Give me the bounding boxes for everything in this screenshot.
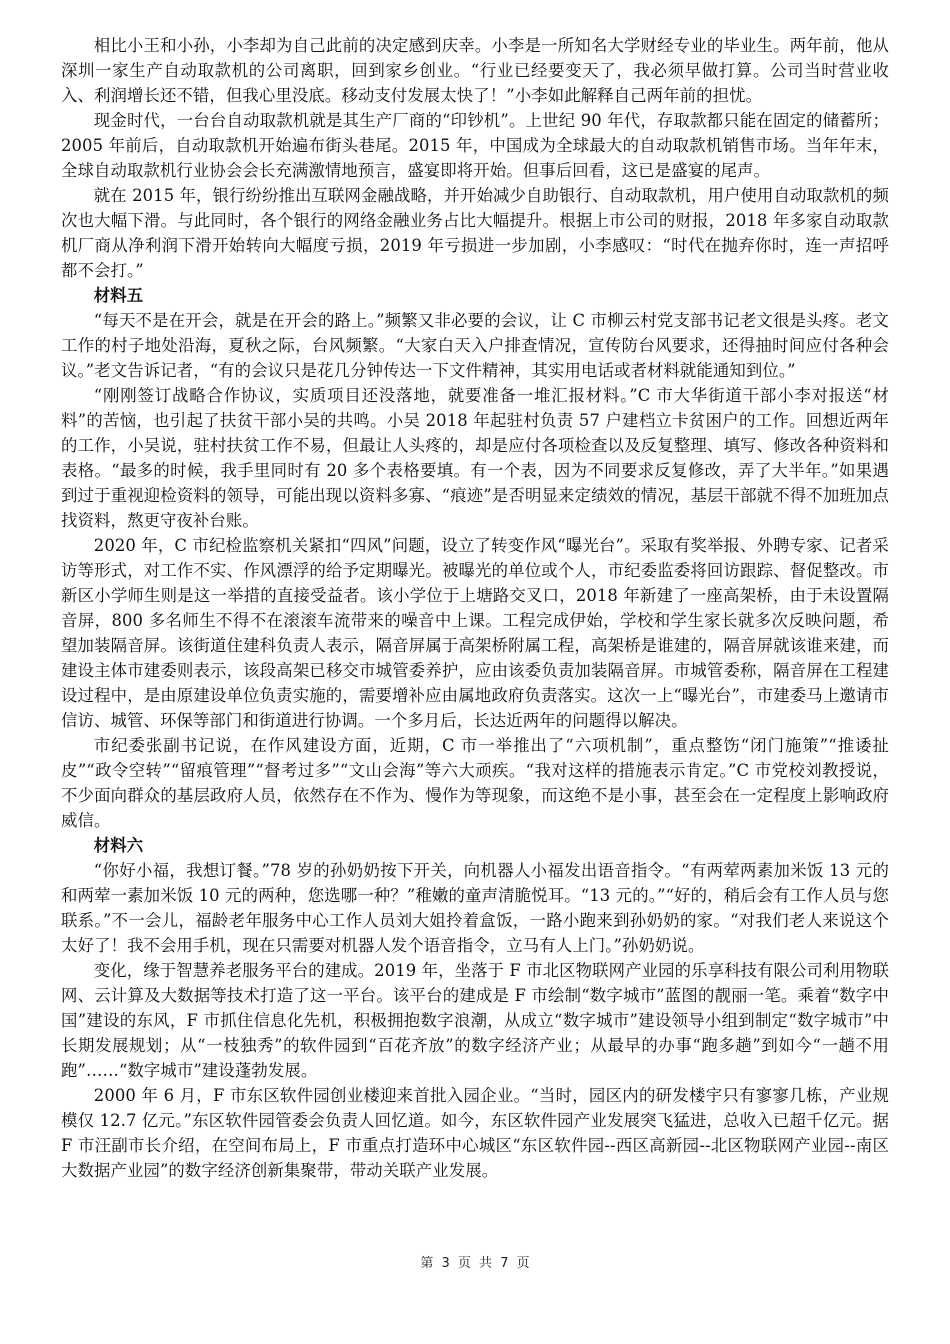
- paragraph: 相比小王和小孙，小李却为自己此前的决定感到庆幸。小李是一所知名大学财经专业的毕业…: [61, 33, 889, 108]
- paragraph: 2000 年 6 月，F 市东区软件园创业楼迎来首批入园企业。“当时，园区内的研…: [61, 1083, 889, 1183]
- paragraph: 现金时代，一台台自动取款机就是其生产厂商的“印钞机”。上世纪 90 年代，存取款…: [61, 108, 889, 183]
- document-body: 相比小王和小孙，小李却为自己此前的决定感到庆幸。小李是一所知名大学财经专业的毕业…: [61, 33, 889, 1183]
- paragraph: 2020 年，C 市纪检监察机关紧扣“四风”问题，设立了转变作风“曝光台”。采取…: [61, 533, 889, 733]
- paragraph: 就在 2015 年，银行纷纷推出互联网金融战略，并开始减少自助银行、自动取款机，…: [61, 183, 889, 283]
- page-number: 第 3 页 共 7 页: [0, 1252, 950, 1271]
- section-heading: 材料五: [61, 283, 889, 308]
- paragraph: “每天不是在开会，就是在开会的路上。”频繁又非必要的会议，让 C 市柳云村党支部…: [61, 308, 889, 383]
- paragraph: 变化，缘于智慧养老服务平台的建成。2019 年，坐落于 F 市北区物联网产业园的…: [61, 958, 889, 1083]
- paragraph: “你好小福，我想订餐。”78 岁的孙奶奶按下开关，向机器人小福发出语音指令。“有…: [61, 858, 889, 958]
- paragraph: “刚刚签订战略合作协议，实质项目还没落地，就要准备一堆汇报材料。”C 市大华街道…: [61, 383, 889, 533]
- paragraph: 市纪委张副书记说，在作风建设方面，近期，C 市一举推出了“六项机制”，重点整饬“…: [61, 733, 889, 833]
- section-heading: 材料六: [61, 833, 889, 858]
